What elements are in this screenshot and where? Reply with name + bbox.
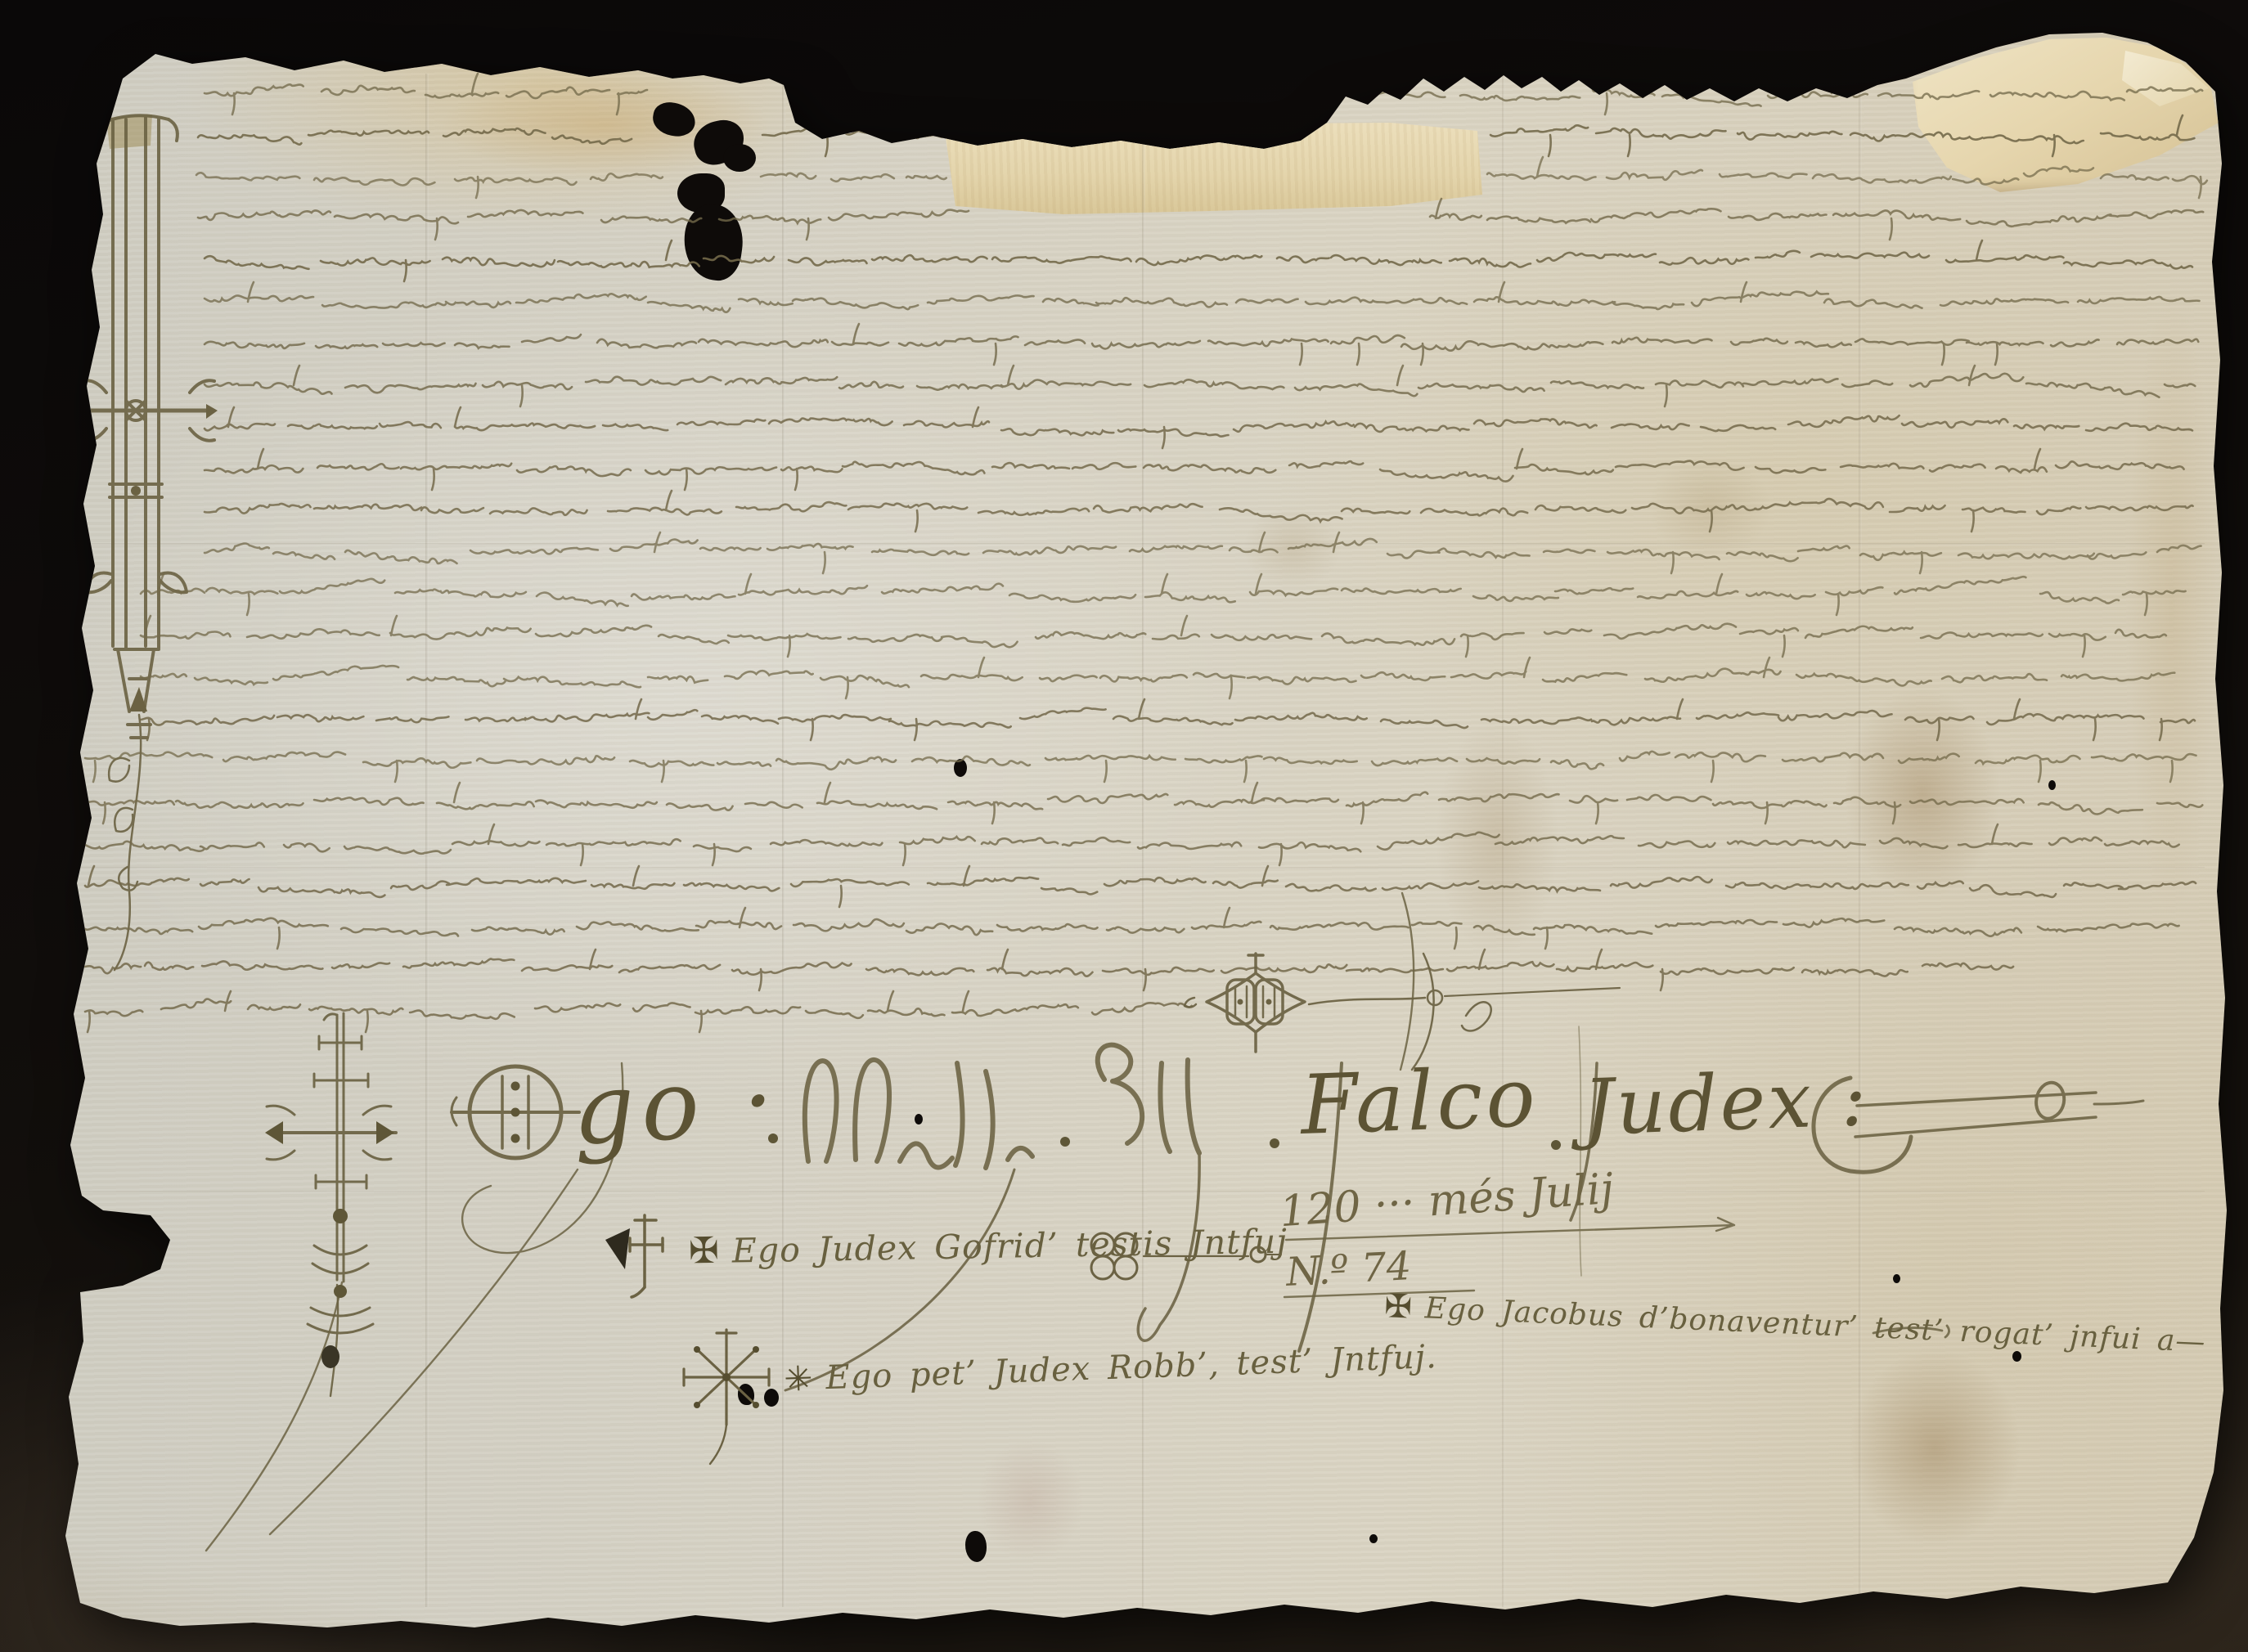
photo-backdrop: go · Falco Judex : ✠ Ego Judex Gofrid’ t… xyxy=(0,0,2248,1652)
parchment-shadow-wrap: go · Falco Judex : ✠ Ego Judex Gofrid’ t… xyxy=(0,0,2248,1652)
witness-cross-icon xyxy=(602,1209,676,1299)
signum-cross-icon: ✠ xyxy=(689,1230,720,1273)
archival-number-annotation: N.º 74 xyxy=(1285,1243,1413,1295)
signature-illegible-word-2 xyxy=(1098,1045,1199,1341)
pen-knot-icon xyxy=(1078,1227,1283,1284)
signature-ego-text: go · xyxy=(570,1043,783,1166)
pen-flourishes xyxy=(0,0,2248,1652)
signature-falco-text: Falco xyxy=(1299,1049,1540,1153)
signature-judex-text: Judex : xyxy=(1581,1054,1870,1153)
ego-monogram-icon xyxy=(450,1048,589,1187)
signum-cross-icon: ✠ xyxy=(1383,1287,1412,1326)
parchment: go · Falco Judex : ✠ Ego Judex Gofrid’ t… xyxy=(0,0,2248,1652)
witness-star-cross-icon xyxy=(677,1327,776,1470)
signum-cross-icon: ✳ xyxy=(783,1358,813,1399)
witness-cross-column-icon xyxy=(262,1010,401,1403)
